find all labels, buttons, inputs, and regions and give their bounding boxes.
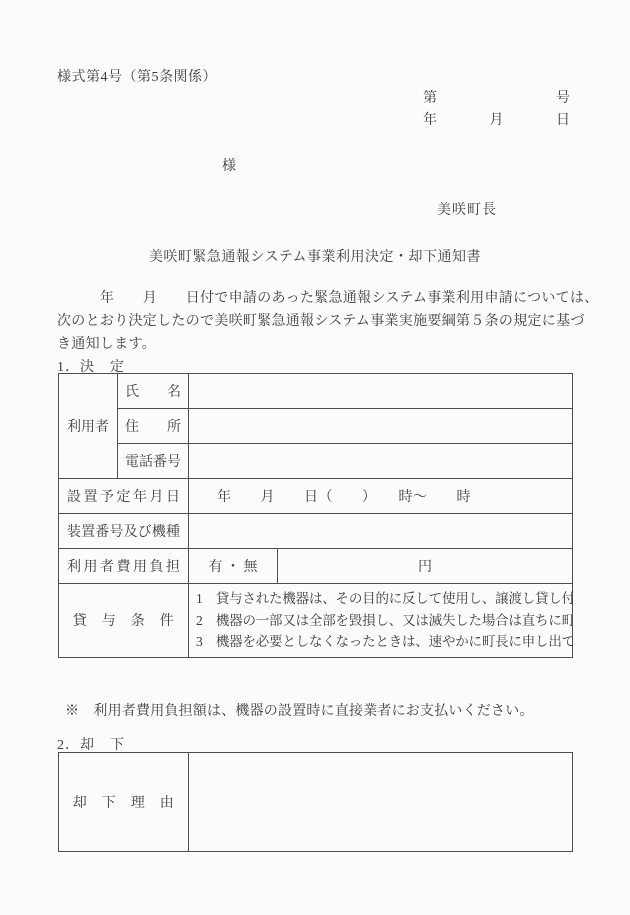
doc-number-prefix: 第 [423,87,437,107]
document-title: 美咲町緊急通報システム事業利用決定・却下通知書 [0,246,630,266]
rejection-reason-label: 却 下 理 由 [59,753,189,852]
form-code: 様式第4号（第5条関係） [57,66,217,86]
date-day-label: 日 [556,109,570,129]
rejection-reason-value-cell [189,753,573,852]
decision-table: 利用者 氏 名 住 所 電話番号 設置予定年月日 年 月 日（ ） 時～ 時 装… [58,373,573,658]
issue-date-line: 年 月 日 [423,109,570,129]
addressee-honorific: 様 [222,155,236,175]
rental-conditions-label: 貸 与 条 件 [59,584,189,658]
address-label: 住 所 [118,409,189,444]
document-number-line: 第 号 [423,87,570,107]
phone-label: 電話番号 [118,444,189,479]
name-label: 氏 名 [118,374,189,409]
rental-condition-item: 2 機器の一部又は全部を毀損し、又は滅失した場合は直ちに町長にその状況を報告し、… [196,610,568,632]
payment-note: ※ 利用者費用負担額は、機器の設置時に直接業者にお支払いください。 [65,700,534,720]
cost-unit: 円 [278,549,573,584]
rental-condition-item: 1 貸与された機器は、その目的に反して使用し、譲渡し貸し付け、又は担保に供したり… [196,588,568,610]
rental-conditions-list: 1 貸与された機器は、その目的に反して使用し、譲渡し貸し付け、又は担保に供したり… [189,584,573,658]
date-year-label: 年 [423,109,437,129]
body-paragraph: 年 月 日付で申請のあった緊急通報システム事業利用申請については、 次のとおり決… [57,287,602,356]
install-date-value: 年 月 日（ ） 時～ 時 [189,479,573,514]
body-line-3: き通知します。 [57,333,602,356]
doc-number-suffix: 号 [556,87,570,107]
rejection-table: 却 下 理 由 [58,752,573,852]
install-date-label: 設置予定年月日 [59,479,189,514]
sender-title: 美咲町長 [437,199,497,219]
document-page: 様式第4号（第5条関係） 第 号 年 月 日 様 美咲町長 美咲町緊急通報システ… [0,0,630,915]
name-value-cell [189,374,573,409]
user-cost-label: 利用者費用負担 [59,549,189,584]
phone-value-cell [189,444,573,479]
section-heading-rejection: 2．却 下 [57,734,125,754]
device-number-label: 装置番号及び機種 [59,514,189,549]
user-group-label: 利用者 [59,374,118,479]
cost-options: 有 ・ 無 [189,549,278,584]
rental-condition-item: 3 機器を必要としなくなったときは、速やかに町長に申し出てください。 [196,631,568,653]
address-value-cell [189,409,573,444]
body-line-2: 次のとおり決定したので美咲町緊急通報システム事業実施要綱第５条の規定に基づ [57,310,602,333]
date-month-label: 月 [490,109,504,129]
body-line-1: 年 月 日付で申請のあった緊急通報システム事業利用申請については、 [57,287,602,310]
device-number-value-cell [189,514,573,549]
